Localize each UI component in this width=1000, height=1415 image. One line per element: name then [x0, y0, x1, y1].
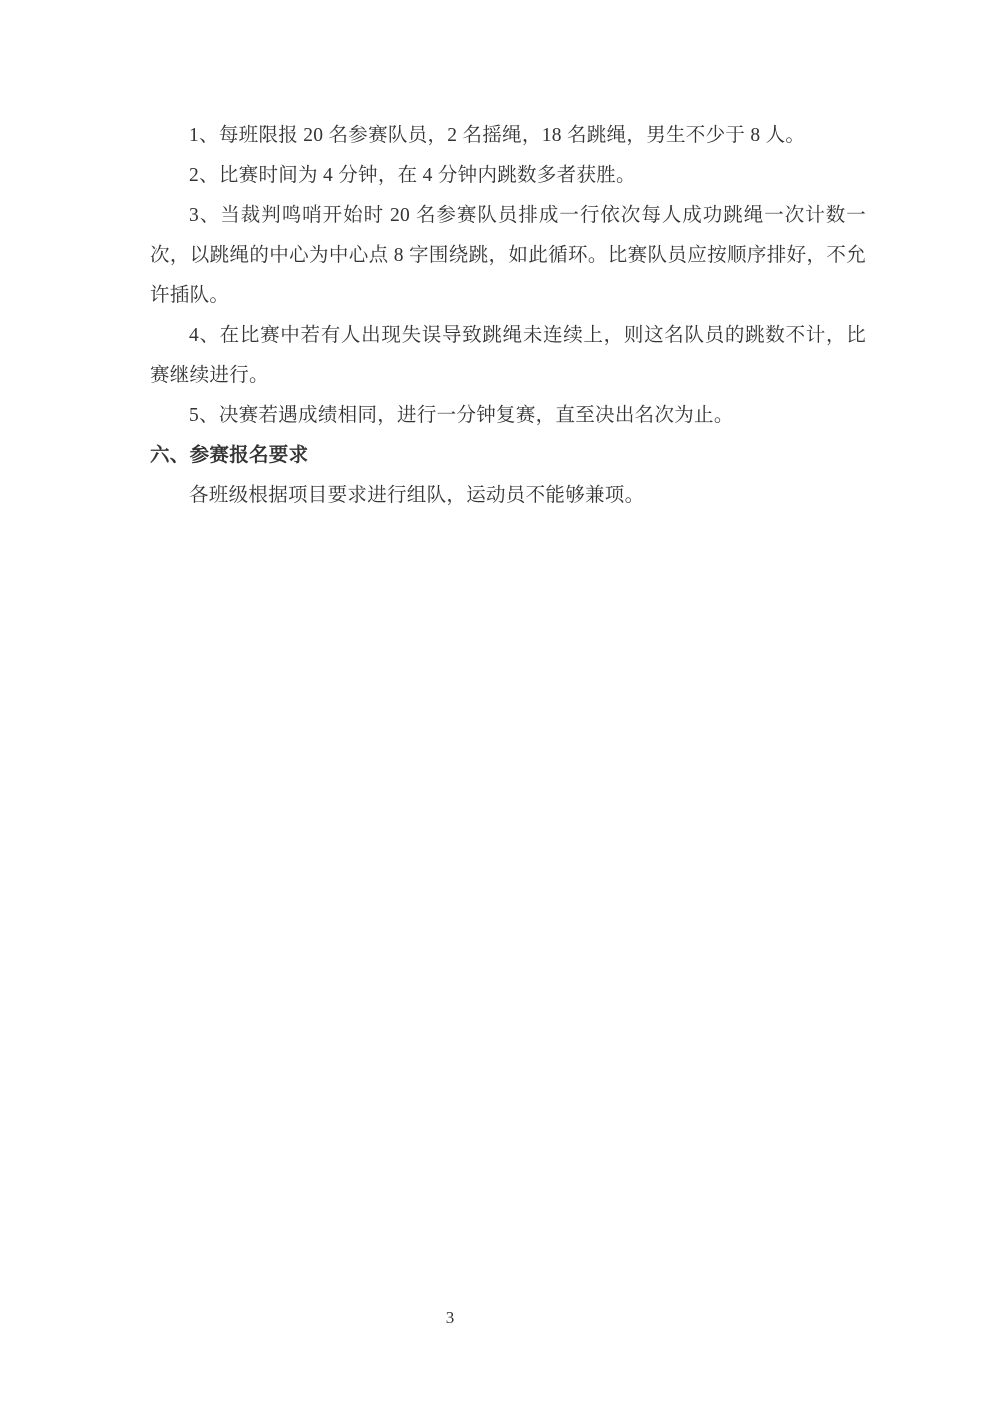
document-body: 1、每班限报 20 名参赛队员，2 名摇绳，18 名跳绳，男生不少于 8 人。 … [150, 116, 866, 516]
rule-item-2: 2、比赛时间为 4 分钟，在 4 分钟内跳数多者获胜。 [150, 156, 866, 196]
rule-item-1: 1、每班限报 20 名参赛队员，2 名摇绳，18 名跳绳，男生不少于 8 人。 [150, 116, 866, 156]
page-number: 3 [0, 1305, 900, 1331]
rule-item-5: 5、决赛若遇成绩相同，进行一分钟复赛，直至决出名次为止。 [150, 396, 866, 436]
rule-item-4: 4、在比赛中若有人出现失误导致跳绳未连续上，则这名队员的跳数不计，比赛继续进行。 [150, 316, 866, 396]
rule-item-3: 3、当裁判鸣哨开始时 20 名参赛队员排成一行依次每人成功跳绳一次计数一次，以跳… [150, 196, 866, 316]
document-page: 1、每班限报 20 名参赛队员，2 名摇绳，18 名跳绳，男生不少于 8 人。 … [0, 0, 1000, 1415]
section-heading: 六、参赛报名要求 [150, 436, 866, 476]
section-body-text: 各班级根据项目要求进行组队，运动员不能够兼项。 [150, 476, 866, 516]
